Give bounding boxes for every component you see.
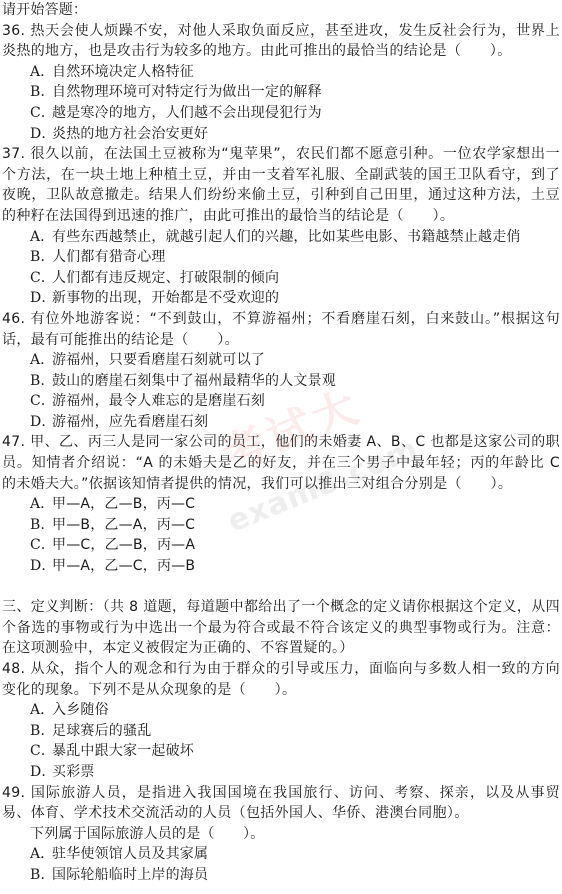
option-label: B． xyxy=(30,865,52,886)
option-label: C． xyxy=(30,391,52,412)
option-b[interactable]: B．甲—B，乙—A，丙—C xyxy=(0,515,562,536)
option-d[interactable]: D．游福州，应先看磨崖石刻 xyxy=(0,412,562,433)
option-label: D． xyxy=(30,412,52,433)
option-text: 甲—B，乙—A，丙—C xyxy=(52,517,195,533)
option-label: C． xyxy=(30,741,52,762)
option-label: A． xyxy=(30,844,52,865)
option-label: B． xyxy=(30,515,52,536)
intro-text: 请开始答题： xyxy=(0,0,562,21)
option-label: B． xyxy=(30,371,52,392)
option-b[interactable]: B．足球赛后的骚乱 xyxy=(0,721,562,742)
option-label: C． xyxy=(30,103,52,124)
option-label: D． xyxy=(30,556,52,577)
option-text: 甲—A，乙—B，丙—C xyxy=(52,496,195,512)
question-46: 46. 有位外地游客说：“不到鼓山，不算游福州；不看磨崖石刻，白来鼓山。”根据这… xyxy=(0,309,562,433)
option-c[interactable]: C．游福州，最令人难忘的是磨崖石刻 xyxy=(0,391,562,412)
option-label: D． xyxy=(30,288,52,309)
section-heading-definition-judgment: 三、定义判断：（共 8 道题，每道题中都给出了一个概念的定义请你根据这个定义，从… xyxy=(0,597,562,659)
option-text: 游福州，最令人难忘的是磨崖石刻 xyxy=(52,393,265,409)
question-36: 36. 热天会使人烦躁不安，对他人采取负面反应，甚至进攻，发生反社会行为，世界上… xyxy=(0,21,562,145)
question-49: 49. 国际旅游人员，是指进入我国国境在我国旅行、访问、考察、探亲，以及从事贸易… xyxy=(0,783,562,886)
option-text: 有些东西越禁止，就越引起人们的兴趣，比如某些电影、书籍越禁止越走俏 xyxy=(52,229,521,245)
question-stem: 47. 甲、乙、丙三人是同一家公司的员工，他们的未婚妻 A、B、C 也都是这家公… xyxy=(0,432,562,494)
option-text: 足球赛后的骚乱 xyxy=(52,723,151,739)
option-text: 人们都有猎奇心理 xyxy=(52,249,166,265)
question-37: 37. 很久以前，在法国土豆被称为“鬼苹果”，农民们都不愿意引种。一位农学家想出… xyxy=(0,144,562,309)
option-d[interactable]: D．炎热的地方社会治安更好 xyxy=(0,124,562,145)
option-text: 新事物的出现，开始都是不受欢迎的 xyxy=(52,290,279,306)
option-text: 买彩票 xyxy=(52,764,95,780)
spacer xyxy=(0,577,562,598)
question-prompt: 下列属于国际旅游人员的是（ ）。 xyxy=(0,824,562,845)
option-label: A． xyxy=(30,227,52,248)
option-d[interactable]: D．买彩票 xyxy=(0,762,562,783)
option-d[interactable]: D．新事物的出现，开始都是不受欢迎的 xyxy=(0,288,562,309)
question-stem: 49. 国际旅游人员，是指进入我国国境在我国旅行、访问、考察、探亲，以及从事贸易… xyxy=(0,783,562,824)
option-label: A． xyxy=(30,494,52,515)
option-label: D． xyxy=(30,124,52,145)
option-label: A． xyxy=(30,350,52,371)
option-a[interactable]: A．自然环境决定人格特征 xyxy=(0,62,562,83)
option-text: 炎热的地方社会治安更好 xyxy=(52,126,208,142)
option-text: 甲—A，乙—C，丙—B xyxy=(52,558,195,574)
option-label: C． xyxy=(30,535,52,556)
option-text: 驻华使领馆人员及其家属 xyxy=(52,846,208,862)
question-stem: 36. 热天会使人烦躁不安，对他人采取负面反应，甚至进攻，发生反社会行为，世界上… xyxy=(0,21,562,62)
option-b[interactable]: B．国际轮船临时上岸的海员 xyxy=(0,865,562,886)
option-text: 自然物理环境可对特定行为做出一定的解释 xyxy=(52,84,322,100)
question-48: 48. 从众，指个人的观念和行为由于群众的引导或压力，面临向与多数人相一致的方向… xyxy=(0,659,562,783)
option-b[interactable]: B．自然物理环境可对特定行为做出一定的解释 xyxy=(0,82,562,103)
option-a[interactable]: A．游福州，只要看磨崖石刻就可以了 xyxy=(0,350,562,371)
option-text: 入乡随俗 xyxy=(52,702,109,718)
option-label: B． xyxy=(30,247,52,268)
option-label: D． xyxy=(30,762,52,783)
option-c[interactable]: C．人们都有违反规定、打破限制的倾向 xyxy=(0,268,562,289)
option-a[interactable]: A．甲—A，乙—B，丙—C xyxy=(0,494,562,515)
option-a[interactable]: A．入乡随俗 xyxy=(0,700,562,721)
option-a[interactable]: A．驻华使领馆人员及其家属 xyxy=(0,844,562,865)
option-text: 越是寒冷的地方，人们越不会出现侵犯行为 xyxy=(52,105,322,121)
option-text: 人们都有违反规定、打破限制的倾向 xyxy=(52,270,279,286)
option-label: B． xyxy=(30,82,52,103)
option-label: A． xyxy=(30,700,52,721)
exam-document: 请开始答题： 36. 热天会使人烦躁不安，对他人采取负面反应，甚至进攻，发生反社… xyxy=(0,0,562,886)
option-c[interactable]: C．暴乱中跟大家一起破坏 xyxy=(0,741,562,762)
option-text: 游福州，应先看磨崖石刻 xyxy=(52,414,208,430)
option-label: A． xyxy=(30,62,52,83)
option-d[interactable]: D．甲—A，乙—C，丙—B xyxy=(0,556,562,577)
question-47: 47. 甲、乙、丙三人是同一家公司的员工，他们的未婚妻 A、B、C 也都是这家公… xyxy=(0,432,562,576)
option-label: B． xyxy=(30,721,52,742)
option-text: 自然环境决定人格特征 xyxy=(52,64,194,80)
option-text: 甲—C，乙—B，丙—A xyxy=(52,537,195,553)
question-stem: 37. 很久以前，在法国土豆被称为“鬼苹果”，农民们都不愿意引种。一位农学家想出… xyxy=(0,144,562,226)
option-text: 暴乱中跟大家一起破坏 xyxy=(52,743,194,759)
option-label: C． xyxy=(30,268,52,289)
option-text: 鼓山的磨崖石刻集中了福州最精华的人文景观 xyxy=(52,373,336,389)
option-c[interactable]: C．甲—C，乙—B，丙—A xyxy=(0,535,562,556)
question-stem: 48. 从众，指个人的观念和行为由于群众的引导或压力，面临向与多数人相一致的方向… xyxy=(0,659,562,700)
option-a[interactable]: A．有些东西越禁止，就越引起人们的兴趣，比如某些电影、书籍越禁止越走俏 xyxy=(0,227,562,248)
option-b[interactable]: B．人们都有猎奇心理 xyxy=(0,247,562,268)
option-c[interactable]: C．越是寒冷的地方，人们越不会出现侵犯行为 xyxy=(0,103,562,124)
option-b[interactable]: B．鼓山的磨崖石刻集中了福州最精华的人文景观 xyxy=(0,371,562,392)
option-text: 游福州，只要看磨崖石刻就可以了 xyxy=(52,352,265,368)
question-stem: 46. 有位外地游客说：“不到鼓山，不算游福州；不看磨崖石刻，白来鼓山。”根据这… xyxy=(0,309,562,350)
option-text: 国际轮船临时上岸的海员 xyxy=(52,867,208,883)
